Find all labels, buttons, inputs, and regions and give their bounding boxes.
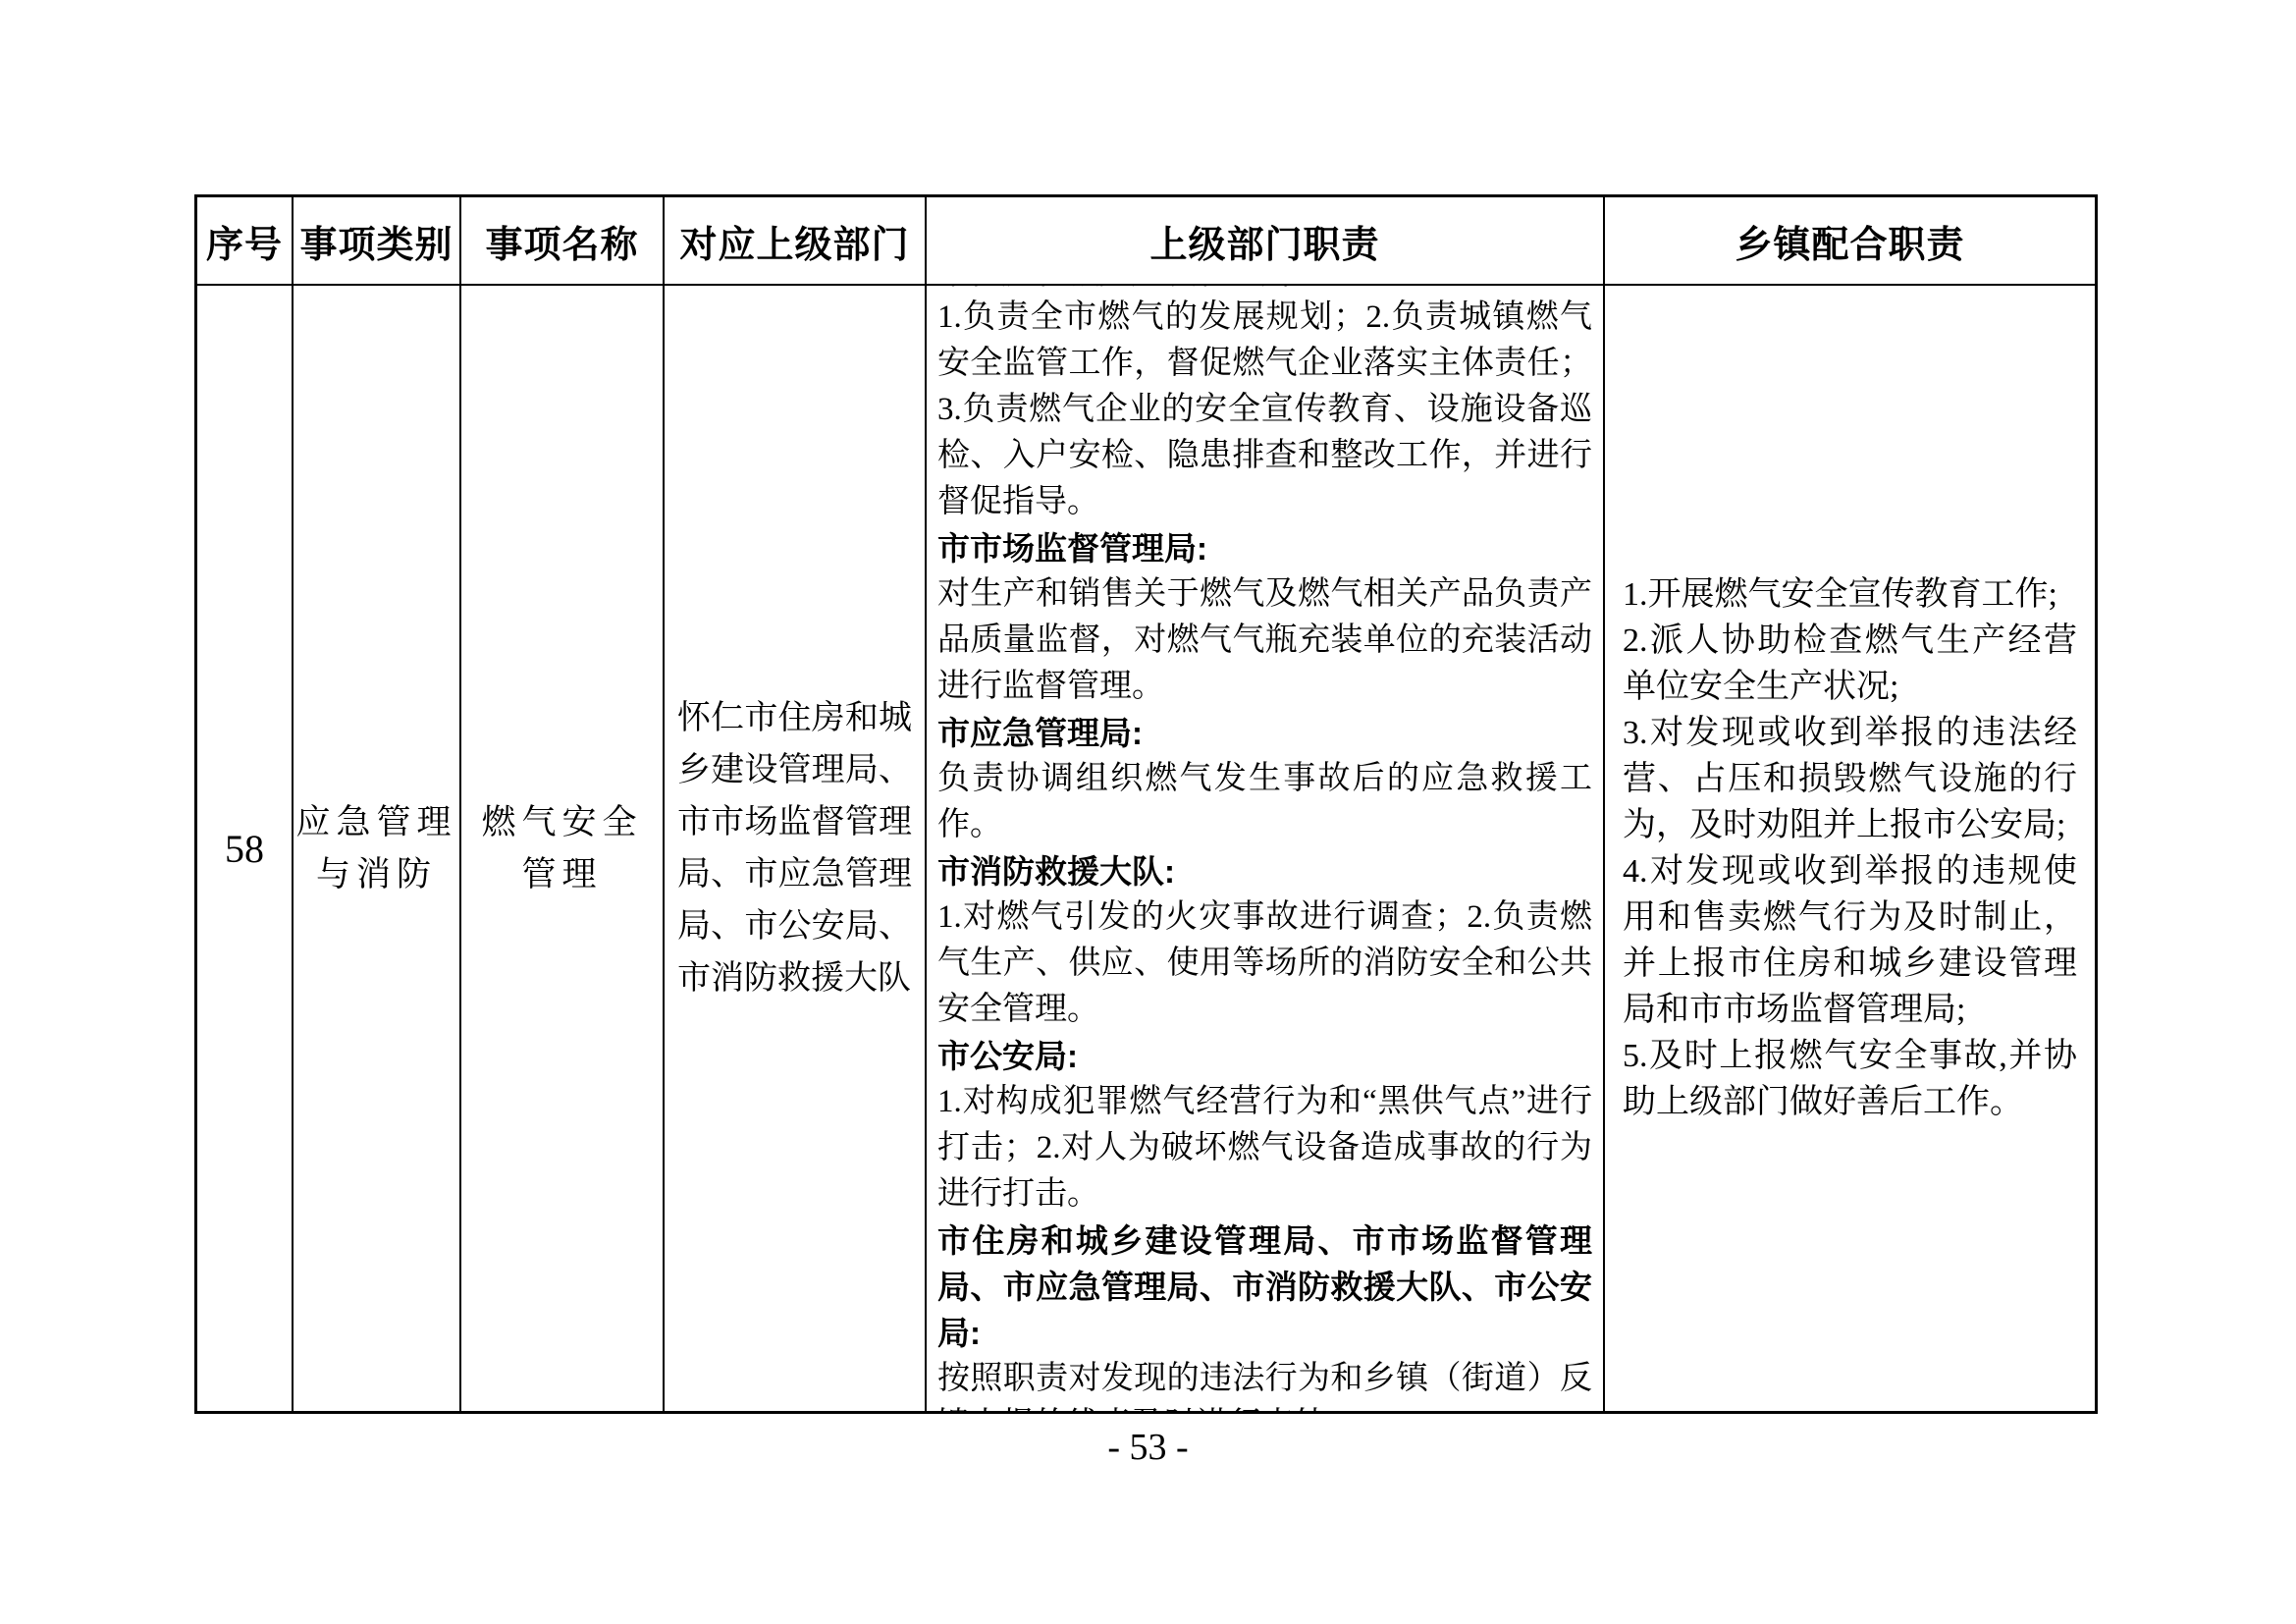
header-superior-department: 对应上级部门 <box>663 197 925 284</box>
superior-departments-text: 怀仁市住房和城乡建设管理局、市市场监督管理局、市应急管理局、市公安局、市消防救援… <box>677 692 912 1004</box>
superior-duty-paragraph: 按照职责对发现的违法行为和乡镇（街道）反馈上报的线索及时进行查处。 <box>937 1356 1592 1411</box>
header-item-name: 事项名称 <box>459 197 663 284</box>
superior-duty-paragraph: 市公安局: <box>937 1033 1592 1079</box>
header-category: 事项类别 <box>292 197 459 284</box>
superior-duty-paragraph: 1.对燃气引发的火灾事故进行调查；2.负责燃气生产、供应、使用等场所的消防安全和… <box>937 894 1592 1033</box>
superior-duty-paragraph: 市市场监督管理局: <box>937 525 1592 571</box>
cell-item-name: 燃气安全管理 <box>459 284 663 1411</box>
superior-duty-paragraph: 市消防救援大队: <box>937 848 1592 894</box>
superior-duty-paragraph: 负责协调组织燃气发生事故后的应急救援工作。 <box>937 756 1592 848</box>
document-page: 序号 事项类别 事项名称 对应上级部门 上级部门职责 乡镇配合职责 58 应急管… <box>0 0 2296 1624</box>
header-superior-duties: 上级部门职责 <box>925 197 1603 284</box>
superior-duty-paragraph: 1.对构成犯罪燃气经营行为和“黑供气点”进行打击；2.对人为破坏燃气设备造成事故… <box>937 1079 1592 1218</box>
header-seq: 序号 <box>197 197 292 284</box>
township-duty-paragraph: 4.对发现或收到举报的违规使用和售卖燃气行为及时制止，并上报市住房和城乡建设管理… <box>1623 848 2077 1033</box>
header-township-duties: 乡镇配合职责 <box>1603 197 2095 284</box>
cell-superior-duties: 市住房和城乡建设管理局:1.负责全市燃气的发展规划；2.负责城镇燃气安全监管工作… <box>925 284 1603 1411</box>
township-duty-paragraph: 3.对发现或收到举报的违法经营、占压和损毁燃气设施的行为，及时劝阻并上报市公安局… <box>1623 710 2077 848</box>
township-duty-paragraph: 2.派人协助检查燃气生产经营单位安全生产状况; <box>1623 618 2077 710</box>
township-duty-paragraph: 1.开展燃气安全宣传教育工作; <box>1623 571 2077 618</box>
cell-superior-departments: 怀仁市住房和城乡建设管理局、市市场监督管理局、市应急管理局、市公安局、市消防救援… <box>663 284 925 1411</box>
page-number: - 53 - <box>0 1426 2296 1469</box>
superior-duty-paragraph: 1.负责全市燃气的发展规划；2.负责城镇燃气安全监管工作，督促燃气企业落实主体责… <box>937 295 1592 525</box>
cell-township-duties: 1.开展燃气安全宣传教育工作;2.派人协助检查燃气生产经营单位安全生产状况;3.… <box>1603 284 2095 1411</box>
cell-seq: 58 <box>197 284 292 1411</box>
superior-duty-paragraph: 市应急管理局: <box>937 710 1592 756</box>
superior-duty-paragraph: 市住房和城乡建设管理局: <box>937 284 1592 295</box>
superior-duty-paragraph: 对生产和销售关于燃气及燃气相关产品负责产品质量监督，对燃气气瓶充装单位的充装活动… <box>937 571 1592 710</box>
cell-category: 应急管理与消防 <box>292 284 459 1411</box>
township-duty-paragraph: 5.及时上报燃气安全事故,并协助上级部门做好善后工作。 <box>1623 1033 2077 1125</box>
superior-duty-paragraph: 市住房和城乡建设管理局、市市场监督管理局、市应急管理局、市消防救援大队、市公安局… <box>937 1218 1592 1356</box>
responsibility-table: 序号 事项类别 事项名称 对应上级部门 上级部门职责 乡镇配合职责 58 应急管… <box>194 194 2098 1414</box>
